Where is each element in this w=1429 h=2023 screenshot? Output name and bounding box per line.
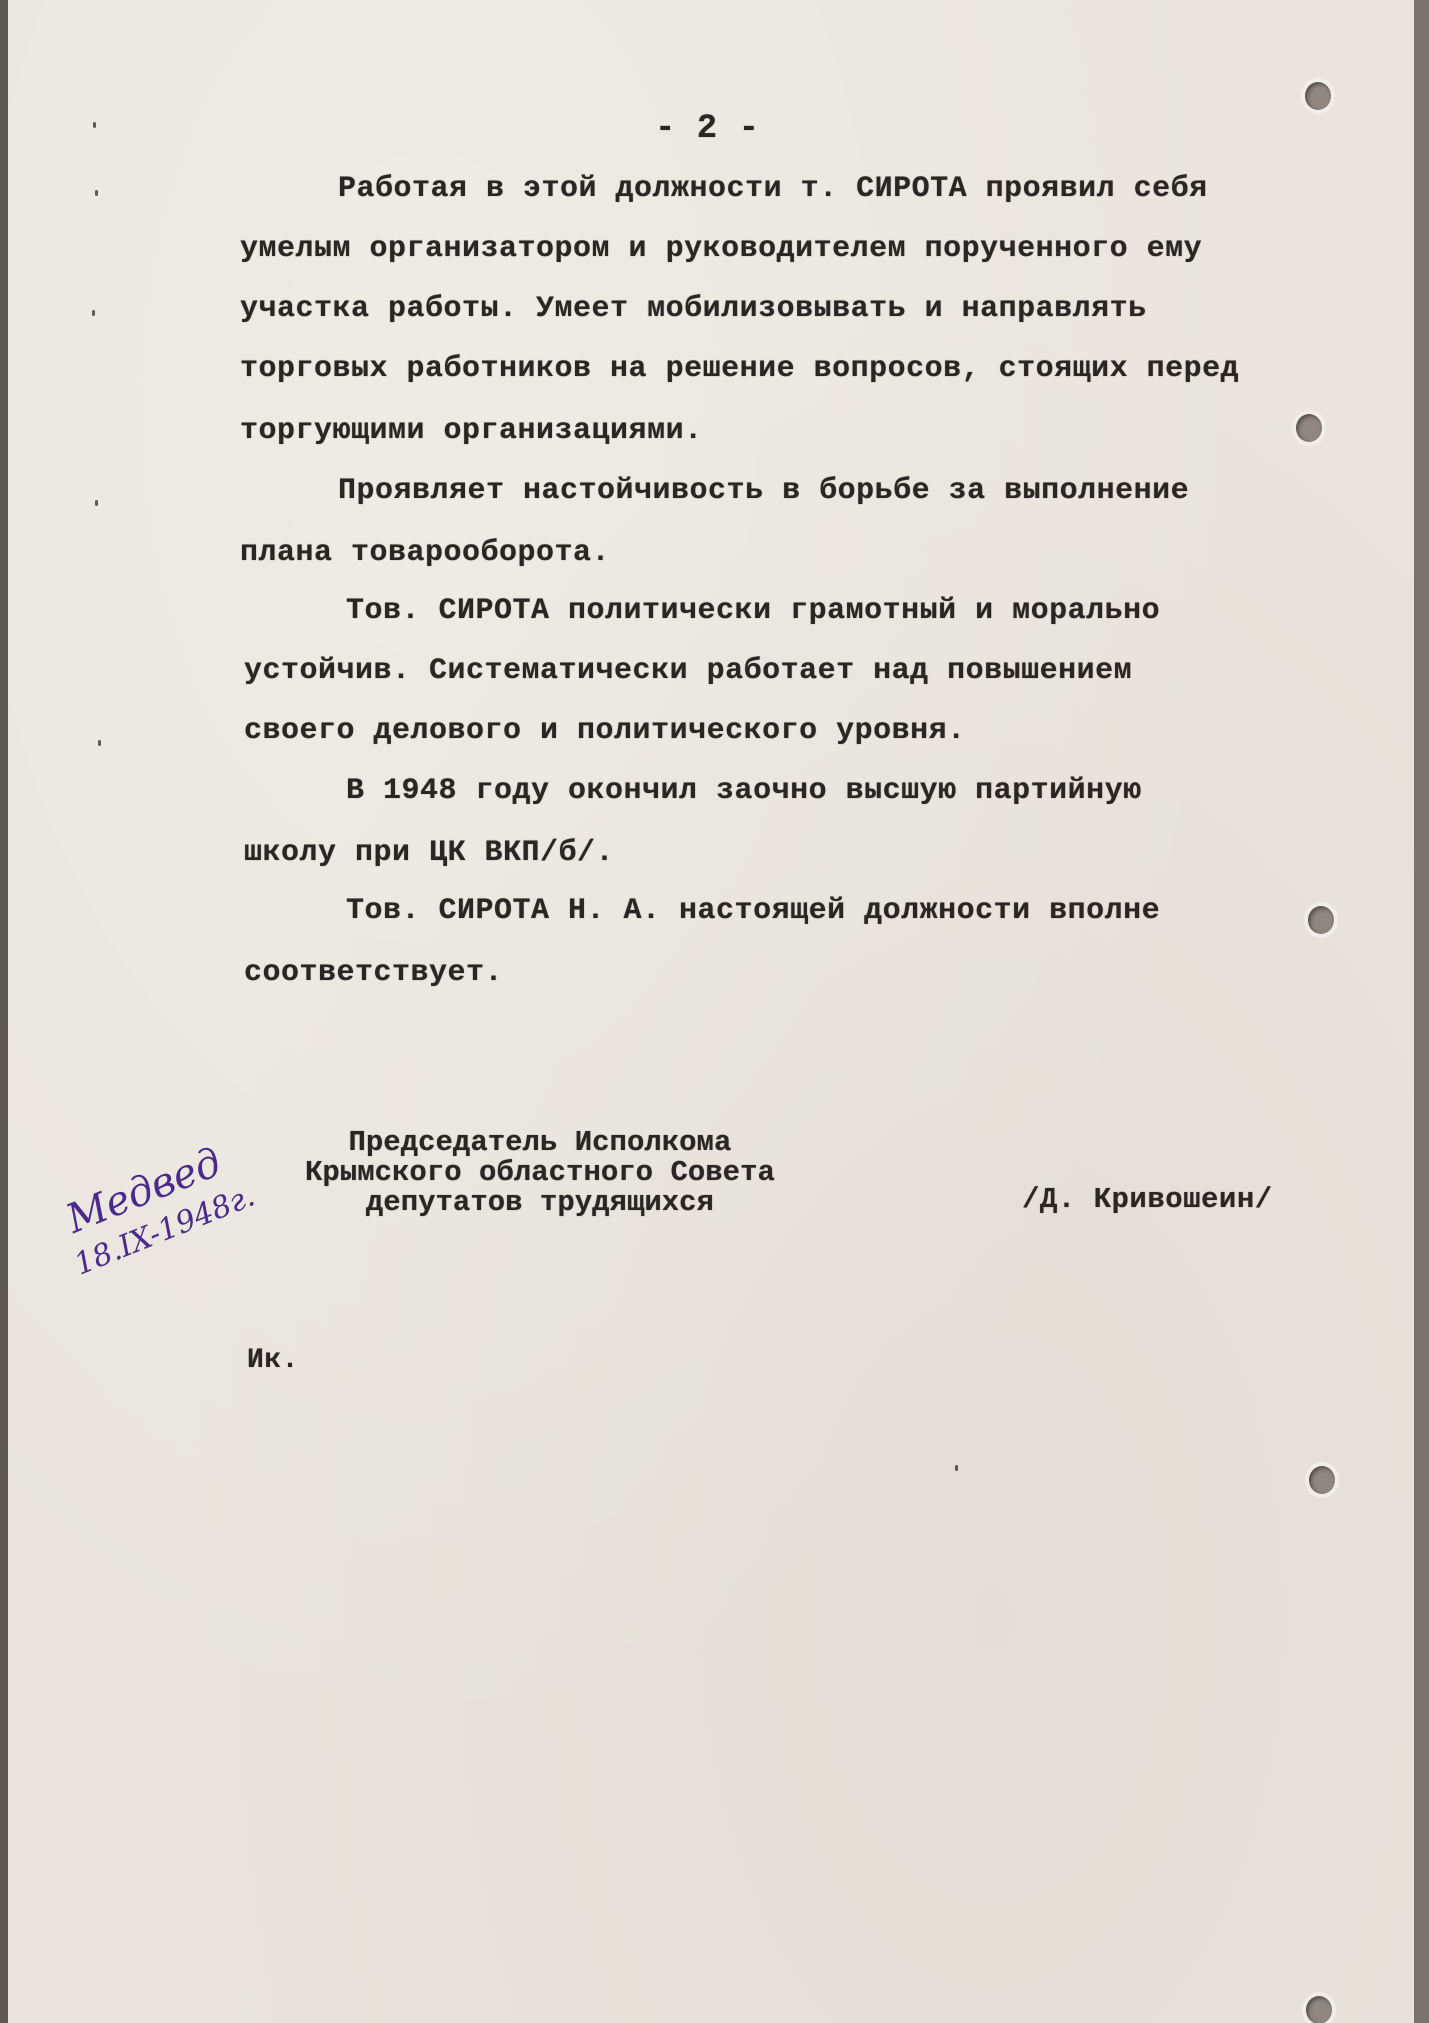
signatory-title: Председатель Исполкома Крымского областн… bbox=[305, 1128, 775, 1218]
text-line: Тов. СИРОТА Н. А. настоящей должности вп… bbox=[346, 894, 1160, 928]
paper-speck bbox=[95, 500, 98, 506]
text-line: устойчив. Систематически работает над по… bbox=[244, 654, 1132, 688]
text-line: Тов. СИРОТА политически грамотный и мора… bbox=[346, 594, 1160, 628]
punch-hole bbox=[1308, 906, 1334, 934]
text-line: умелым организатором и руководителем пор… bbox=[240, 232, 1202, 266]
signatory-title-line: депутатов трудящихся bbox=[305, 1188, 775, 1218]
paper-speck bbox=[955, 1465, 958, 1471]
page-number: - 2 - bbox=[655, 110, 760, 148]
signatory-title-line: Крымского областного Совета bbox=[305, 1158, 775, 1188]
text-line: Проявляет настойчивость в борьбе за выпо… bbox=[338, 474, 1189, 508]
signatory-name: /Д. Кривошеин/ bbox=[1022, 1183, 1273, 1216]
punch-hole bbox=[1296, 414, 1322, 442]
signatory-title-line: Председатель Исполкома bbox=[305, 1128, 775, 1158]
punch-hole bbox=[1306, 1996, 1332, 2023]
punch-hole bbox=[1309, 1466, 1335, 1494]
text-line: соответствует. bbox=[244, 956, 503, 990]
paper-speck bbox=[93, 122, 96, 128]
paper-speck bbox=[92, 310, 95, 316]
scan-edge-left bbox=[0, 0, 8, 2023]
paper-speck bbox=[95, 190, 98, 196]
text-line: школу при ЦК ВКП/б/. bbox=[244, 836, 614, 870]
scan-edge-right bbox=[1414, 0, 1429, 2023]
text-line: участка работы. Умеет мобилизовывать и н… bbox=[240, 292, 1147, 326]
paper-speck bbox=[98, 740, 101, 746]
text-line: Работая в этой должности т. СИРОТА прояв… bbox=[338, 172, 1208, 206]
text-line: плана товарооборота. bbox=[240, 536, 610, 570]
typist-initials: Ик. bbox=[247, 1345, 299, 1376]
text-line: торговых работников на решение вопросов,… bbox=[240, 352, 1239, 386]
text-line: В 1948 году окончил заочно высшую партий… bbox=[346, 774, 1142, 808]
text-line: торгующими организациями. bbox=[240, 414, 703, 448]
text-line: своего делового и политического уровня. bbox=[244, 714, 966, 748]
punch-hole bbox=[1305, 82, 1331, 110]
